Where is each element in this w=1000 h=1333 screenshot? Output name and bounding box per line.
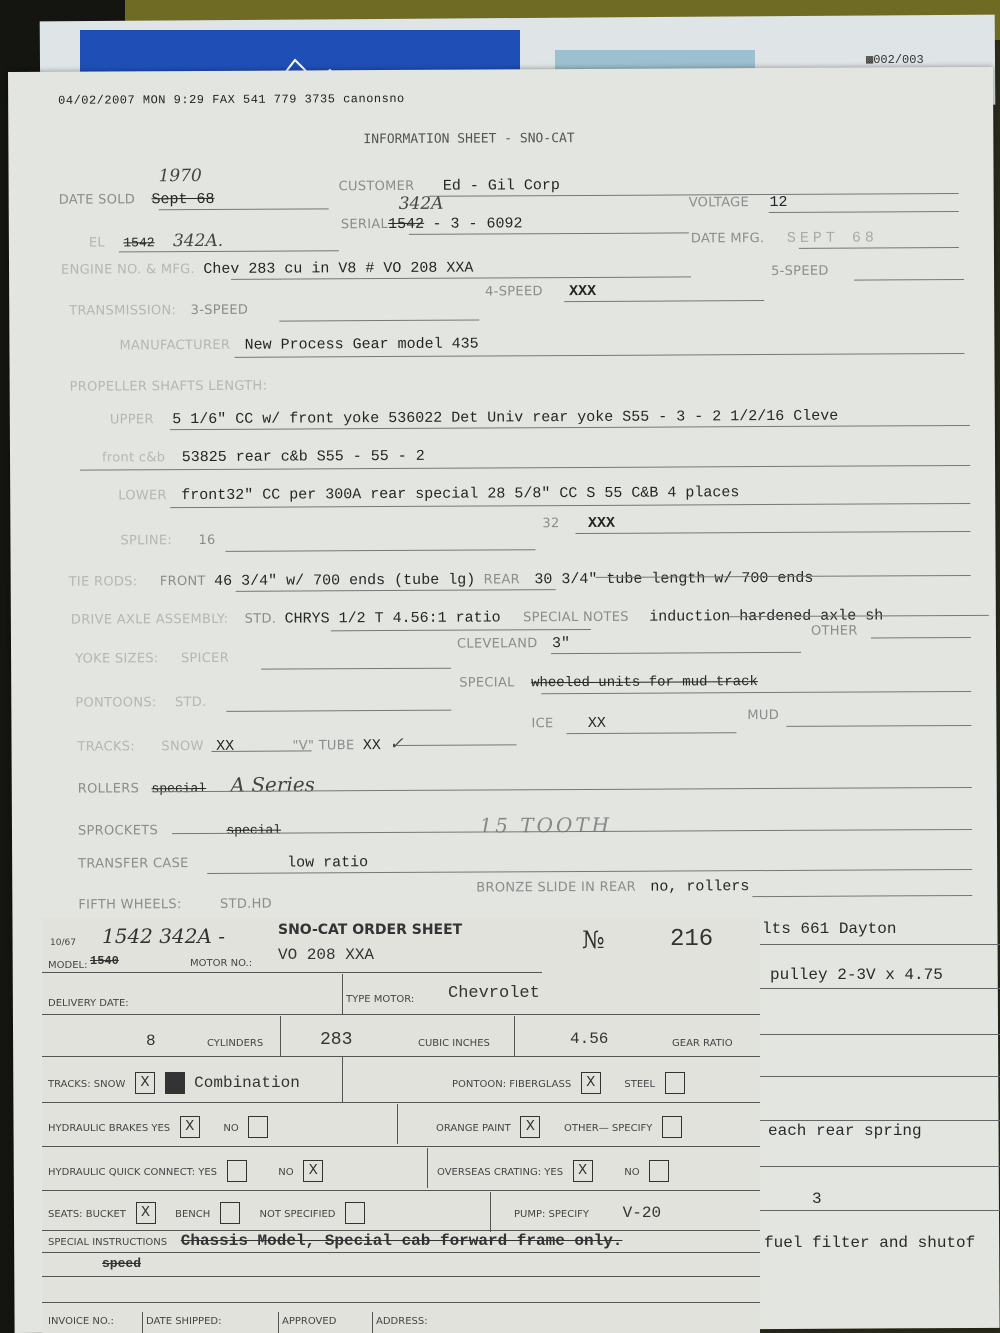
engine-field: ENGINE NO. & MFG. Chev 283 cu in V8 # VO…: [61, 260, 473, 279]
bronze-slide-field: BRONZE SLIDE IN REAR no, rollers: [476, 878, 749, 896]
brakes-row: HYDRAULIC BRAKES YES X NO: [48, 1116, 268, 1138]
model-field: EL 1542 342A.: [89, 231, 223, 252]
voltage-field: VOLTAGE 12: [689, 194, 788, 212]
date-mfg-field: DATE MFG. SEPT 68: [691, 229, 878, 247]
model-struck: 1540: [90, 954, 119, 968]
quick-connect-no-checkbox[interactable]: X: [303, 1160, 323, 1182]
tracks-snow-checkbox[interactable]: X: [135, 1072, 155, 1094]
spline-field: SPLINE: 16: [120, 533, 215, 549]
fax-header: 04/02/2007 MON 9:29 FAX 541 779 3735 can…: [58, 92, 405, 108]
overflow-line-7: 3: [812, 1190, 822, 1208]
model-label: MODEL:: [48, 960, 87, 971]
pontoons-field: PONTOONS: STD.: [75, 695, 206, 712]
customer-field: CUSTOMER Ed - Gil Corp: [339, 177, 560, 195]
seats-bucket-checkbox[interactable]: X: [136, 1202, 156, 1224]
seats-not-specified-checkbox[interactable]: [345, 1202, 365, 1224]
special-instructions-row: SPECIAL INSTRUCTIONS Chassis Model, Spec…: [48, 1232, 622, 1250]
manufacturer-field: MANUFACTURER New Process Gear model 435: [119, 336, 478, 355]
tracks-field: TRACKS: SNOW XX "V" TUBE XX ✓: [77, 734, 403, 756]
other-paint-checkbox[interactable]: [662, 1116, 682, 1138]
spline-32-field: 32 XXX: [542, 515, 615, 532]
seats-row: SEATS: BUCKET X BENCH NOT SPECIFIED: [48, 1202, 365, 1224]
cleveland-field: CLEVELAND 3": [457, 635, 570, 653]
crating-yes-checkbox[interactable]: X: [573, 1160, 593, 1182]
date-sold-field: DATE SOLD Sept 68: [59, 191, 215, 209]
pontoon-fiberglass-checkbox[interactable]: X: [581, 1072, 601, 1094]
overflow-line-2: pulley 2-3V x 4.75: [770, 966, 943, 984]
five-speed-field: 5-SPEED: [771, 264, 829, 280]
other-field: OTHER: [811, 624, 858, 640]
overflow-line-1: lts 661 Dayton: [762, 920, 896, 938]
front-cb-field: front c&b 53825 rear c&b S55 - 55 - 2: [102, 448, 425, 467]
transfer-case-field: TRANSFER CASE low ratio: [78, 854, 368, 873]
rollers-field: ROLLERS special A Series: [78, 772, 315, 797]
sheet-title: INFORMATION SHEET - SNO-CAT: [363, 131, 574, 147]
tie-rods-field: TIE RODS: FRONT 46 3/4" w/ 700 ends (tub…: [69, 570, 814, 591]
order-tracks-row: TRACKS: SNOW X Combination: [48, 1072, 300, 1094]
quick-connect-yes-checkbox[interactable]: [227, 1160, 247, 1182]
number-sign: №: [582, 926, 605, 954]
mud-field: MUD: [747, 708, 779, 724]
brakes-yes-checkbox[interactable]: X: [180, 1116, 200, 1138]
motor-no: VO 208 XXA: [278, 946, 374, 964]
crating-no-checkbox[interactable]: [649, 1160, 669, 1182]
type-motor: Chevrolet: [448, 984, 540, 1003]
pump-row: PUMP: SPECIFY V-20: [514, 1204, 661, 1222]
overflow-line-5: each rear spring: [768, 1122, 922, 1140]
overflow-line-8: fuel filter and shutof: [764, 1234, 975, 1252]
quick-connect-row: HYDRAULIC QUICK CONNECT: YES NO X: [48, 1160, 323, 1182]
fifth-wheels-field: FIFTH WHEELS: STD.HD: [78, 897, 272, 914]
pontoons-special-field: SPECIAL wheeled units for mud track: [459, 674, 758, 692]
serial-handwritten: 342A: [399, 194, 444, 214]
order-number: 216: [670, 926, 713, 953]
serial-field: SERIAL1542 - 3 - 6092: [341, 215, 523, 233]
propeller-heading: PROPELLER SHAFTS LENGTH:: [70, 379, 268, 396]
order-sheet: 10/67 1542 342A - SNO-CAT ORDER SHEET № …: [42, 918, 760, 1333]
orange-paint-checkbox[interactable]: X: [520, 1116, 540, 1138]
sprockets-field: SPROCKETS special 15 TOOTH: [78, 813, 612, 840]
order-title: SNO-CAT ORDER SHEET: [278, 922, 462, 938]
tracks-combination-checkbox[interactable]: [165, 1072, 185, 1094]
pontoon-steel-checkbox[interactable]: [665, 1072, 685, 1094]
brakes-no-checkbox[interactable]: [248, 1116, 268, 1138]
yoke-sizes-field: YOKE SIZES: SPICER: [75, 651, 229, 668]
pontoon-row: PONTOON: FIBERGLASS X STEEL: [452, 1072, 685, 1094]
lower-shaft-field: LOWER front32" CC per 300A rear special …: [118, 484, 739, 504]
hand-year: 1970: [58, 166, 201, 187]
seats-bench-checkbox[interactable]: [220, 1202, 240, 1224]
transmission-field: TRANSMISSION: 3-SPEED: [69, 303, 248, 320]
ice-field: ICE XX: [531, 715, 606, 732]
order-handwritten-model: 1542 342A -: [102, 924, 225, 948]
paint-row: ORANGE PAINT X OTHER— SPECIFY: [436, 1116, 682, 1138]
drive-axle-field: DRIVE AXLE ASSEMBLY: STD. CHRYS 1/2 T 4.…: [71, 607, 883, 628]
crating-row: OVERSEAS CRATING: YES X NO: [437, 1160, 669, 1182]
page-counter: ▩002/003: [866, 52, 924, 67]
four-speed-field: 4-SPEED XXX: [485, 283, 596, 301]
